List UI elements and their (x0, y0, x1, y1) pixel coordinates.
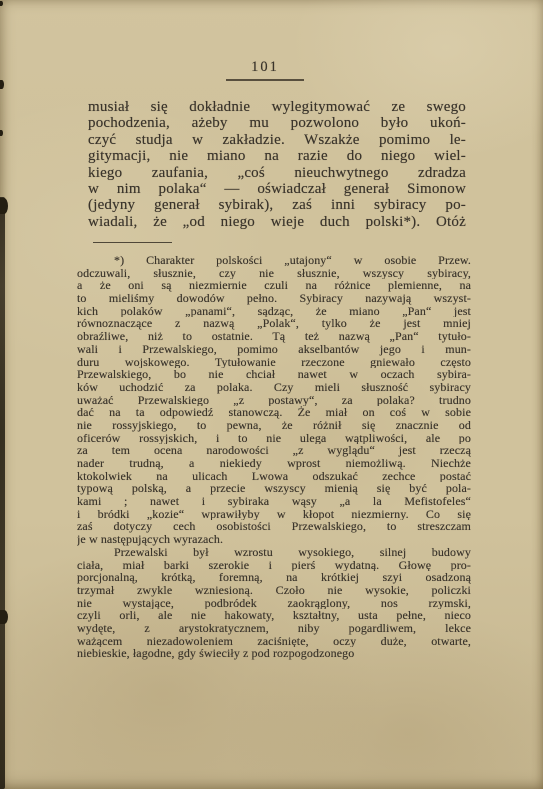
text-line: i bródki „kozie“ wprawiłyby w kłopot nie… (77, 508, 471, 521)
text-line: kiego zaufania, „coś nieuchwytnego zdrad… (88, 165, 466, 181)
text-line: (jedyny generał sybirak), zaś inni sybir… (88, 197, 466, 213)
text-line: obraźliwe, niż to ostatnie. Tą też nazwą… (77, 330, 471, 343)
text-line: w nim polaka“ — oświadczał generał Simon… (88, 181, 466, 197)
ink-speck (0, 1, 3, 6)
text-line: Przewalskiego, bo nie chciał nawet w ocz… (77, 368, 471, 381)
text-line: za tem ocena narodowości „z wyglądu“ jes… (77, 444, 471, 457)
text-line: niebieskie, łagodne, gdy świeciły z pod … (77, 647, 471, 660)
text-line: ktokolwiek na ulicach Lwowa odszukać zec… (77, 470, 471, 483)
page-number: 101 (226, 59, 304, 81)
footnote-separator-rule (93, 242, 172, 243)
main-text-block: musiał się dokładnie wylegitymować ze sw… (88, 99, 466, 230)
text-line: a że oni są niezmiernie czuli na różnice… (77, 279, 471, 292)
scanned-book-page: 101 musiał się dokładnie wylegitymować z… (0, 0, 543, 789)
text-line: zaś dotyczy cech osobistości Przewalskie… (77, 520, 471, 533)
text-line: nie wystające, podbródek zaokrąglony, no… (77, 597, 471, 610)
text-line: ważącem niezadowoleniem zaciśnięte, oczy… (77, 635, 471, 648)
text-line: oficerów rossyjskich, i to nie ulega wąt… (77, 432, 471, 445)
text-line: Przewalski był wzrostu wysokiego, silnej… (77, 546, 471, 559)
text-line: pochodzenia, ażeby mu pozwolono było uko… (88, 115, 466, 131)
text-line: dać na ta odpowiedź stanowczą. Że miał o… (77, 406, 471, 419)
text-line: ciała, miał barki szerokie i pierś wydat… (77, 559, 471, 572)
ink-speck (0, 80, 4, 89)
footnote-paragraph-1: *) Charakter polskości „utajony“ w osobi… (77, 254, 471, 546)
text-line: kami ; nawet i sybiraka wąsy „a la Mefis… (77, 495, 471, 508)
text-line: wiadali, że „od niego wieje duch polski*… (88, 214, 466, 230)
text-line: *) Charakter polskości „utajony“ w osobi… (77, 254, 471, 267)
text-line: czyć studja w zakładzie. Wszakże pomimo … (88, 132, 466, 148)
text-line: gitymacji, nie miano na razie do niego w… (88, 148, 466, 164)
text-line: czyli orli, ale nie hakowaty, kształtny,… (77, 609, 471, 622)
text-line: duru wojskowego. Tytułowanie rzeczone gn… (77, 356, 471, 369)
text-line: równoznaczące z nazwą „Polak“, tylko że … (77, 317, 471, 330)
text-line: trzymał zwykle wzniesioną. Czoło nie wys… (77, 584, 471, 597)
ink-speck (0, 130, 3, 136)
text-line: odczuwali, słusznie, czy nie słusznie, w… (77, 267, 471, 280)
ink-speck (0, 198, 8, 214)
text-line: wali i Przewalskiego, pomimo akselbantów… (77, 343, 471, 356)
text-line: wydęte, z arystokratycznem, niby pogardl… (77, 622, 471, 635)
footnote-block: *) Charakter polskości „utajony“ w osobi… (77, 254, 471, 660)
footnote-paragraph-2: Przewalski był wzrostu wysokiego, silnej… (77, 546, 471, 660)
scan-edge-artifact (0, 197, 5, 789)
text-line: ków uchodzić za polaka. Czy mieli słuszn… (77, 381, 471, 394)
text-line: nader trudną, a niekiedy wprost niemożli… (77, 457, 471, 470)
text-line: typową polską, a przecie wszyscy mienią … (77, 482, 471, 495)
text-line: musiał się dokładnie wylegitymować ze sw… (88, 99, 466, 115)
ink-speck (0, 610, 8, 624)
text-line: je w następujących wyrazach. (77, 533, 471, 546)
text-line: uważać Przewalskiego „z postawy“, za pol… (77, 394, 471, 407)
text-line: nie rossyjskiego, to pewna, że różnił si… (77, 419, 471, 432)
text-line: porcjonalną, krótką, foremną, na krótkie… (77, 571, 471, 584)
text-line: to mieliśmy dowodów pełno. Sybiracy nazy… (77, 292, 471, 305)
text-line: kich polaków „panami“, sądząc, że miano … (77, 305, 471, 318)
